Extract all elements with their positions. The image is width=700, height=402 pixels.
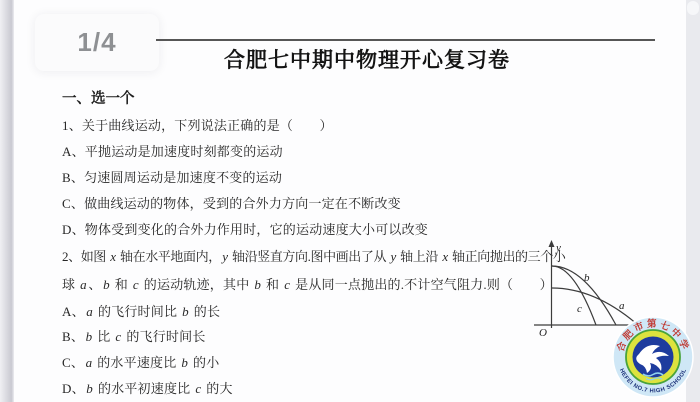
curve-b-label: b [584,272,590,284]
q1-option-b: B、匀速圆周运动是加速度不变的运动 [62,167,282,186]
q2-stem-line2: 球 a、b 和 c 的运动轨迹，其中 b 和 c 是从同一点抛出的.不计空气阻力… [62,274,553,293]
curve-a-label: a [619,300,625,312]
curve-c-label: c [577,303,582,315]
q2-option-b: B、b 比 c 的飞行时间长 [62,326,206,345]
section-header: 一、选一个 [62,87,135,108]
y-axis-label: y [555,242,561,254]
origin-label: O [539,327,547,338]
q2-stem-line1: 2、如图 x 轴在水平地面内，y 轴沿竖直方向.图中画出了从 y 轴上沿 x 轴… [62,246,565,265]
q1-option-c: C、做曲线运动的物体，受到的合外力方向一定在不断改变 [62,193,401,212]
q2-option-a: A、a 的飞行时间比 b 的长 [62,301,220,320]
scrollbar-thumb[interactable] [687,1,699,15]
document-title: 合肥七中期中物理开心复习卷 [34,44,700,74]
y-axis-arrow [549,240,555,247]
page-edge-shadow-left [0,0,14,402]
q2-option-d: D、b 的水平初速度比 c 的大 [62,378,233,397]
document-viewer: 1/4 合肥七中期中物理开心复习卷 一、选一个 1、关于曲线运动，下列说法正确的… [0,0,700,402]
title-divider-line [156,39,655,41]
q1-option-d: D、物体受到变化的合外力作用时，它的运动速度大小可以改变 [62,219,428,238]
q1-option-a: A、平抛运动是加速度时刻都变的运动 [62,141,283,160]
q1-stem: 1、关于曲线运动，下列说法正确的是（ ） [62,115,333,134]
school-logo-watermark: 合肥市第七中学 HEFEI NO.7 HIGH SCHOOL [609,313,700,402]
q2-option-c: C、a 的水平速度比 b 的小 [62,352,219,371]
